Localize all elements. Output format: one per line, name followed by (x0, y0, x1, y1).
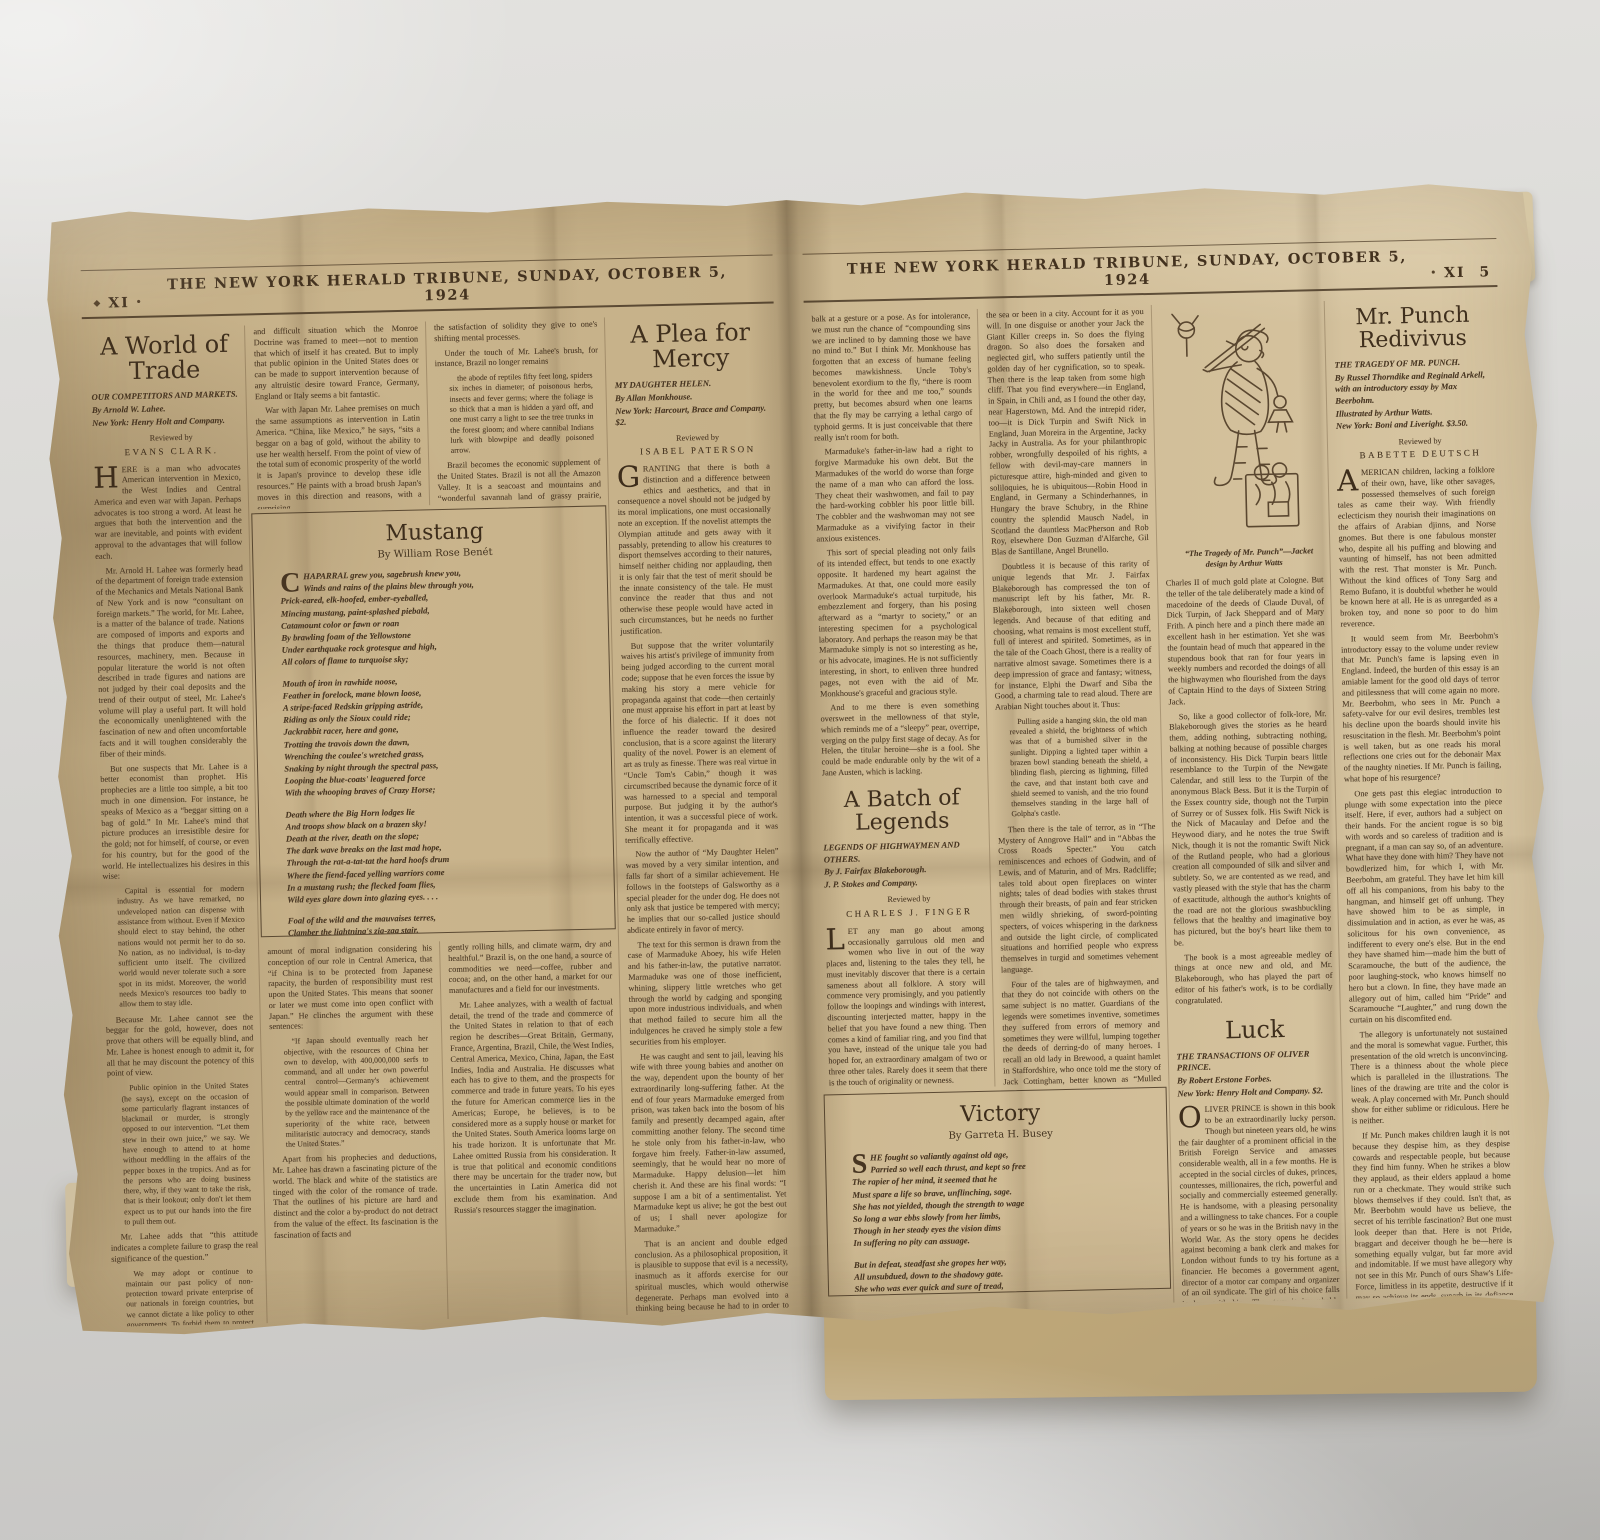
book-publisher-line: New York: Harcourt, Brace and Company. $… (615, 402, 769, 429)
paragraph: Now the author of “My Daughter Helen” wa… (625, 847, 780, 937)
left-page-header: ◆XI• THE NEW YORK HERALD TRIBUNE, SUNDAY… (81, 254, 773, 319)
book-publisher-line: New York: Henry Holt and Company. (92, 414, 240, 429)
paragraph: HERE is a man who advocates American int… (93, 462, 242, 562)
poem-box-victory: Victory By Garreta H. Busey SHE fought s… (823, 1087, 1171, 1297)
paragraph: He was caught and sent to jail, leaving … (630, 1049, 787, 1236)
book-publisher-line: New York: Henry Holt and Company. $2. (1177, 1084, 1335, 1099)
paragraph: LET any man go about among occasionally … (825, 924, 987, 1089)
paragraph: amount of moral indignation considering … (267, 943, 433, 1033)
paragraph: OLIVER PRINCE is shown in this book to b… (1178, 1102, 1341, 1303)
poem-stanza: CHAPARRAL grew you, sagebrush knew you, … (280, 564, 593, 669)
right-page: XI THE NEW YORK HERALD TRIBUNE, SUNDAY, … (785, 175, 1559, 1328)
paragraph: Mr. Lahee adds that “this attitude indic… (111, 1230, 259, 1266)
poem-stanza: Foal of the wild and the mauvaises terre… (288, 908, 602, 937)
paragraph: balk at a gesture or a pose. As for into… (811, 311, 973, 444)
article-headline: A World of Trade (90, 332, 238, 386)
left-page-columns: A World of Trade OUR COMPETITORS AND MAR… (82, 313, 796, 1326)
newspaper-spread: ◆XI• THE NEW YORK HERALD TRIBUNE, SUNDAY… (39, 175, 1558, 1345)
reviewer-name: ISABEL PATERSON (616, 444, 769, 459)
right-page-columns: balk at a gesture or a pose. As for into… (803, 297, 1520, 1310)
column-3-top: the satisfaction of solidity they give t… (425, 317, 609, 505)
paragraph: the sea or been in a city. Account for i… (986, 307, 1149, 558)
blockquote: Capital is essential for modern industry… (117, 884, 247, 1010)
column-2-top: and difficult situation which the Monroe… (245, 321, 429, 509)
paragraph: And to me there is even something oversw… (820, 700, 980, 779)
right-folio-number: 5 (1479, 264, 1491, 280)
paragraph: Brazil becomes the economic supplement o… (437, 458, 602, 506)
paragraph: The text for this sermon is drawn from t… (627, 937, 783, 1048)
blockquote: Pulling aside a hanging skin, the old ma… (1009, 714, 1149, 820)
paragraph: Doubtless it is because of this rarity o… (992, 559, 1153, 713)
article-headline: Mr. Punch Redivivus (1333, 303, 1492, 353)
article-headline-luck: Luck (1176, 1016, 1334, 1045)
poem-stanza: Death where the Big Horn lodges lie And … (285, 801, 598, 906)
reviewed-by-label: Reviewed by (1336, 435, 1494, 449)
illustration-caption: “The Tragedy of Mr. Punch”—Jacket design… (1165, 545, 1323, 571)
paragraph: This sort of special pleading not only f… (817, 545, 979, 699)
paragraph: Mr. Arnold H. Lahee was formerly head of… (95, 563, 247, 760)
reviewed-by-label: Reviewed by (616, 431, 769, 445)
blockquote: the abode of reptiles fifty feet long, s… (449, 371, 594, 456)
article-headline-batch-of-legends: A Batch of Legends (822, 786, 982, 836)
paragraph: The allegory is unfortunately not sustai… (1350, 1027, 1510, 1128)
dot-ornament: • (1424, 268, 1444, 278)
paragraph: GRANTING that there is both a distinctio… (617, 462, 774, 638)
right-columns-top: balk at a gesture or a pose. As for into… (803, 305, 1168, 1091)
paragraph: It would seem from Mr. Beerbohm's introd… (1341, 631, 1502, 785)
left-middle-columns: and difficult situation which the Monroe… (244, 317, 627, 1323)
poem-title: Mustang (279, 517, 591, 549)
paragraph: If Mr. Punch makes children laugh it is … (1352, 1128, 1515, 1299)
paragraph: But suppose that the writer voluntarily … (621, 638, 779, 846)
reviewed-by-label: Reviewed by (92, 432, 239, 446)
paragraph: Marmaduke's father-in-law had a right to… (814, 444, 975, 545)
paragraph: One gets past this elegiac introduction … (1344, 786, 1507, 1027)
paragraph: Under the touch of Mr. Lahee's brush, fo… (434, 345, 598, 370)
right-page-header: XI THE NEW YORK HERALD TRIBUNE, SUNDAY, … (802, 238, 1497, 303)
blockquote: Public opinion in the United States (he … (121, 1081, 252, 1228)
reviewer-name: CHARLES J. FINGER (825, 906, 984, 921)
column-2: the sea or been in a city. Account for i… (977, 305, 1168, 1087)
reviewed-by-label: Reviewed by (825, 893, 984, 907)
paragraph: Apart from his prophecies and deductions… (272, 1152, 438, 1242)
poem-box-mustang: Mustang By William Rose Benét CHAPARRAL … (252, 505, 617, 937)
poem-title: Victory (850, 1098, 1150, 1130)
paragraph: Because Mr. Lahee cannot see the beggar … (106, 1012, 255, 1080)
paragraph: AMERICAN children, lacking a folklore of… (1337, 465, 1498, 630)
book-title-line: THE TRANSACTIONS OF OLIVER PRINCE. (1176, 1048, 1334, 1075)
trade-continuation-bottom: amount of moral indignation considering … (259, 937, 627, 1323)
poem-stanza: Mouth of iron in rawhide noose, Feather … (282, 670, 596, 799)
paragraph: War with Japan Mr. Lahee premises on muc… (255, 403, 422, 509)
column-3: “The Tragedy of Mr. Punch”—Jacket design… (1151, 301, 1347, 1303)
article-a-world-of-trade: A World of Trade OUR COMPETITORS AND MAR… (82, 325, 267, 1326)
newspaper-photo: ◆XI• THE NEW YORK HERALD TRIBUNE, SUNDAY… (0, 0, 1600, 1540)
column-2-bottom: amount of moral indignation considering … (259, 941, 447, 1323)
paragraph: Charles II of much gold plate at Cologne… (1166, 575, 1327, 708)
article-a-plea-for-mercy: A Plea for Mercy MY DAUGHTER HELEN. By A… (604, 313, 796, 1315)
paragraph: So, like a good collector of folk-lore, … (1169, 709, 1332, 950)
paragraph: Mr. Lahee analyzes, with a wealth of fac… (449, 997, 617, 1216)
paragraph: gently rolling hills, and climate warm, … (448, 939, 613, 997)
blockquote: We may adopt or continue to maintain our… (125, 1266, 256, 1327)
book-title-line: LEGENDS OF HIGHWAYMEN AND OTHERS. (823, 839, 982, 866)
book-author-line: By Russel Thorndike and Reginald Arkell,… (1335, 369, 1493, 407)
column-3-bottom: gently rolling hills, and climate warm, … (439, 937, 627, 1319)
reviewer-name: BABETTE DEUTSCH (1337, 448, 1495, 463)
blockquote: “If Japan should eventually reach her ob… (283, 1034, 430, 1150)
trade-continuation-top: and difficult situation which the Monroe… (245, 317, 608, 509)
left-page: ◆XI• THE NEW YORK HERALD TRIBUNE, SUNDAY… (39, 192, 810, 1345)
paragraph: Then there is the tale of terror, as in … (998, 822, 1159, 976)
reviewer-name: EVANS CLARK. (93, 444, 241, 459)
right-left-columns: balk at a gesture or a pose. As for into… (803, 305, 1173, 1311)
article-headline: A Plea for Mercy (613, 320, 767, 374)
poem-stanza: SHE fought so valiantly against old age,… (851, 1145, 1152, 1249)
diamond-ornament: ◆ (87, 299, 108, 309)
paragraph: Four of the tales are of highwaymen, and… (1001, 977, 1162, 1087)
right-page-number: •XI 5 (1424, 264, 1491, 282)
masthead-title: THE NEW YORK HERALD TRIBUNE, SUNDAY, OCT… (149, 263, 746, 311)
poem-stanza: But in defeat, steadfast she gropes her … (854, 1252, 1155, 1297)
paragraph: and difficult situation which the Monroe… (253, 324, 419, 403)
paragraph: That is an ancient and double edged conc… (634, 1236, 790, 1315)
paragraph: the satisfaction of solidity they give t… (434, 319, 598, 344)
masthead-title: THE NEW YORK HERALD TRIBUNE, SUNDAY, OCT… (830, 248, 1425, 295)
column-1: balk at a gesture or a pose. As for into… (803, 309, 994, 1091)
punch-jacket-illustration (1163, 305, 1318, 546)
article-mr-punch-redivivus: Mr. Punch Redivivus THE TRAGEDY OF MR. P… (1324, 297, 1520, 1299)
paragraph: But one suspects that Mr. Lahee is a bet… (100, 761, 250, 883)
dot-ornament: • (130, 298, 150, 308)
left-page-number: ◆XI• (87, 295, 149, 312)
paragraph: The book is a most agreeable medley of t… (1174, 950, 1333, 1007)
book-publisher-line: New York: Boni and Liveright. $3.50. (1336, 417, 1494, 432)
book-publisher-line: J. P. Stokes and Company. (824, 876, 983, 891)
